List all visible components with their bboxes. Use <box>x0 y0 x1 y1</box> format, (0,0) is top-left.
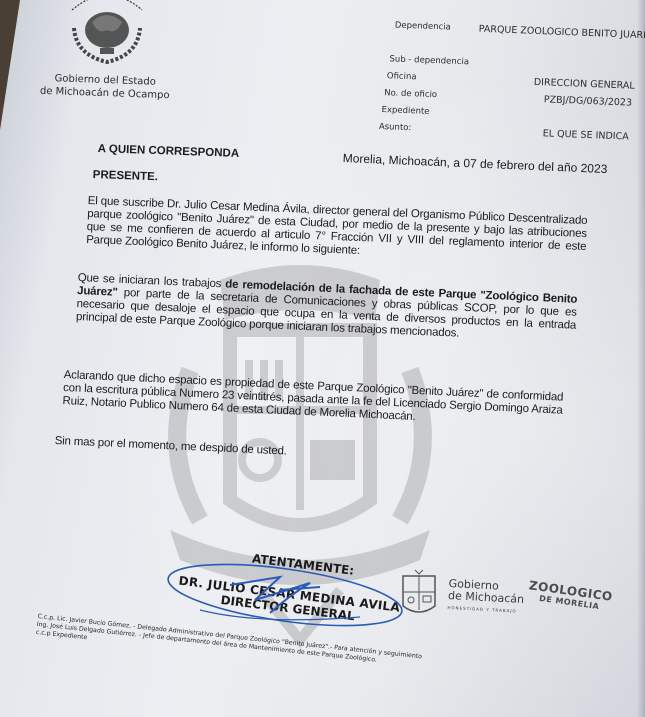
gobierno-michoacan-logo: Gobierno de Michoacán HONESTIDAD Y TRABA… <box>447 578 525 614</box>
presente: PRESENTE. <box>93 169 159 184</box>
government-label: Gobierno del Estado de Michoacán de Ocam… <box>40 72 171 103</box>
document-metadata: Dependencia PARQUE ZOOLOGICO BENITO JUAR… <box>378 20 645 149</box>
handwritten-signature-icon <box>160 555 410 635</box>
michoacan-shield-logo-icon <box>401 568 437 618</box>
mexican-coat-of-arms-seal-icon <box>64 0 150 68</box>
